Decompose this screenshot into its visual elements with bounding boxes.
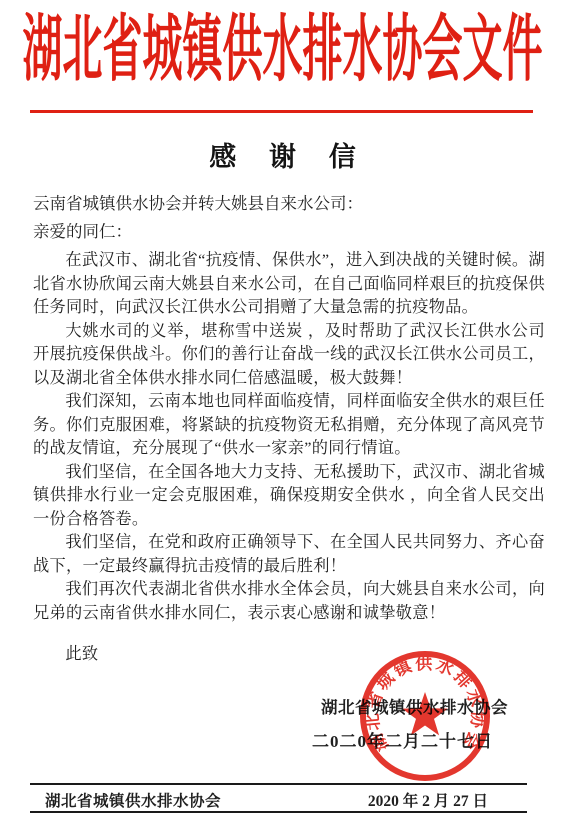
footer-divider-top [30,783,527,785]
salutation-line: 亲爱的同仁： [33,218,545,246]
seal-star-icon [402,692,448,735]
letter-title: 感 谢 信 [0,135,565,174]
salutation-block: 云南省城镇供水协会并转大姚县自来水公司： 亲爱的同仁： [33,190,545,246]
letterhead-title: 湖北省城镇供水排水协会文件 [0,14,565,87]
body-paragraph: 在武汉市、湖北省“抗疫情、保供水”，进入到决战的关键时候。湖北省水协欣闻云南大姚… [33,249,545,320]
official-seal: 湖北省城镇供水排水协会 [350,641,500,791]
body-paragraph: 我们坚信，在全国各地大力支持、无私援助下，武汉市、湖北省城镇供排水行业一定会克服… [33,461,545,532]
document-page: 湖北省城镇供水排水协会文件 感 谢 信 云南省城镇供水协会并转大姚县自来水公司：… [0,0,565,823]
body-paragraph: 我们再次代表湖北省供水排水全体会员，向大姚县自来水公司，向兄弟的云南省供水排水同… [33,578,545,625]
salutation-line: 云南省城镇供水协会并转大姚县自来水公司： [33,190,545,218]
body-paragraph: 大姚水司的义举，堪称雪中送炭 ，及时帮助了武汉长江供水公司开展抗疫保供战斗。你们… [33,320,545,391]
letter-body: 在武汉市、湖北省“抗疫情、保供水”，进入到决战的关键时候。湖北省水协欣闻云南大姚… [33,249,545,667]
body-paragraph: 我们坚信，在党和政府正确领导下、在全国人民共同努力、齐心奋战下，一定最终赢得抗击… [33,531,545,578]
body-paragraph: 我们深知，云南本地也同样面临疫情，同样面临安全供水的艰巨任务。你们克服困难，将紧… [33,390,545,461]
footer-divider-bottom [30,811,527,813]
footer-date: 2020 年 2 月 27 日 [368,789,488,811]
footer-organization: 湖北省城镇供水排水协会 [45,789,221,811]
letterhead-divider [30,110,533,113]
